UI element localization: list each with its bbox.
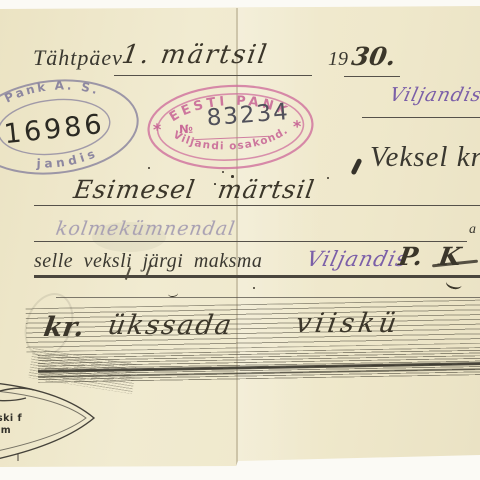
- stamp-asterisk-right: *: [293, 117, 303, 136]
- stamp-asterisk-left: *: [153, 120, 163, 139]
- due-date-label: Tähtpäev: [33, 45, 123, 71]
- ink-speck: [148, 167, 150, 169]
- amount-hundreds-word: ükssada: [106, 310, 236, 341]
- payee-handwritten: P. K: [397, 242, 463, 271]
- amount-guilloche-band: [26, 300, 480, 353]
- ink-speck: [231, 175, 234, 178]
- promissory-note-paper: Tähtpäev 1. märtsil 19 30. a Pank A. S. …: [0, 0, 480, 480]
- veksel-title-fragment: Veksel kr: [370, 141, 480, 174]
- place-stamp-top: Viljandis: [387, 84, 480, 106]
- emblem-text-line1: eski f: [0, 413, 22, 424]
- maturity-underline: [34, 205, 480, 206]
- maturity-handwritten: Esimesel märtsil: [72, 175, 317, 204]
- ink-speck: [327, 177, 329, 179]
- emblem-flourish: [0, 388, 34, 400]
- corner-emblem: eski f a m: [0, 370, 113, 472]
- amount-currency: kr.: [42, 312, 87, 343]
- amount-tens-word-fragment: viiskü: [294, 308, 403, 339]
- place-underline: [362, 117, 480, 118]
- right-edge-print-fragment: a: [469, 222, 476, 238]
- eesti-pank-stamp: EESTI PANK № 83234 * * Viljandi osakond.: [141, 78, 320, 176]
- ink-speck: [214, 183, 216, 185]
- scanned-document: Tähtpäev 1. märtsil 19 30. a Pank A. S. …: [0, 0, 480, 480]
- emblem-text-line2: a m: [0, 425, 11, 436]
- year-handwritten: 30.: [350, 42, 398, 71]
- duration-pencil-word: kolmekümnendal: [54, 218, 237, 240]
- ink-speck: [253, 287, 255, 289]
- signature-rule-thick: [34, 275, 480, 278]
- stamp-serial-number: 83234: [206, 99, 291, 131]
- thin-rule: [56, 297, 480, 298]
- year-printed: 19: [328, 48, 348, 71]
- left-bank-stamp: a Pank A. S. 16986 jandis: [0, 67, 159, 187]
- ink-speck: [222, 171, 224, 173]
- due-date-handwritten: 1. märtsil: [120, 40, 271, 70]
- year-underline: [344, 76, 400, 77]
- stamp-arc-bottom-text: jandis: [33, 145, 101, 172]
- pay-place-stamp: Viljandis: [304, 247, 410, 271]
